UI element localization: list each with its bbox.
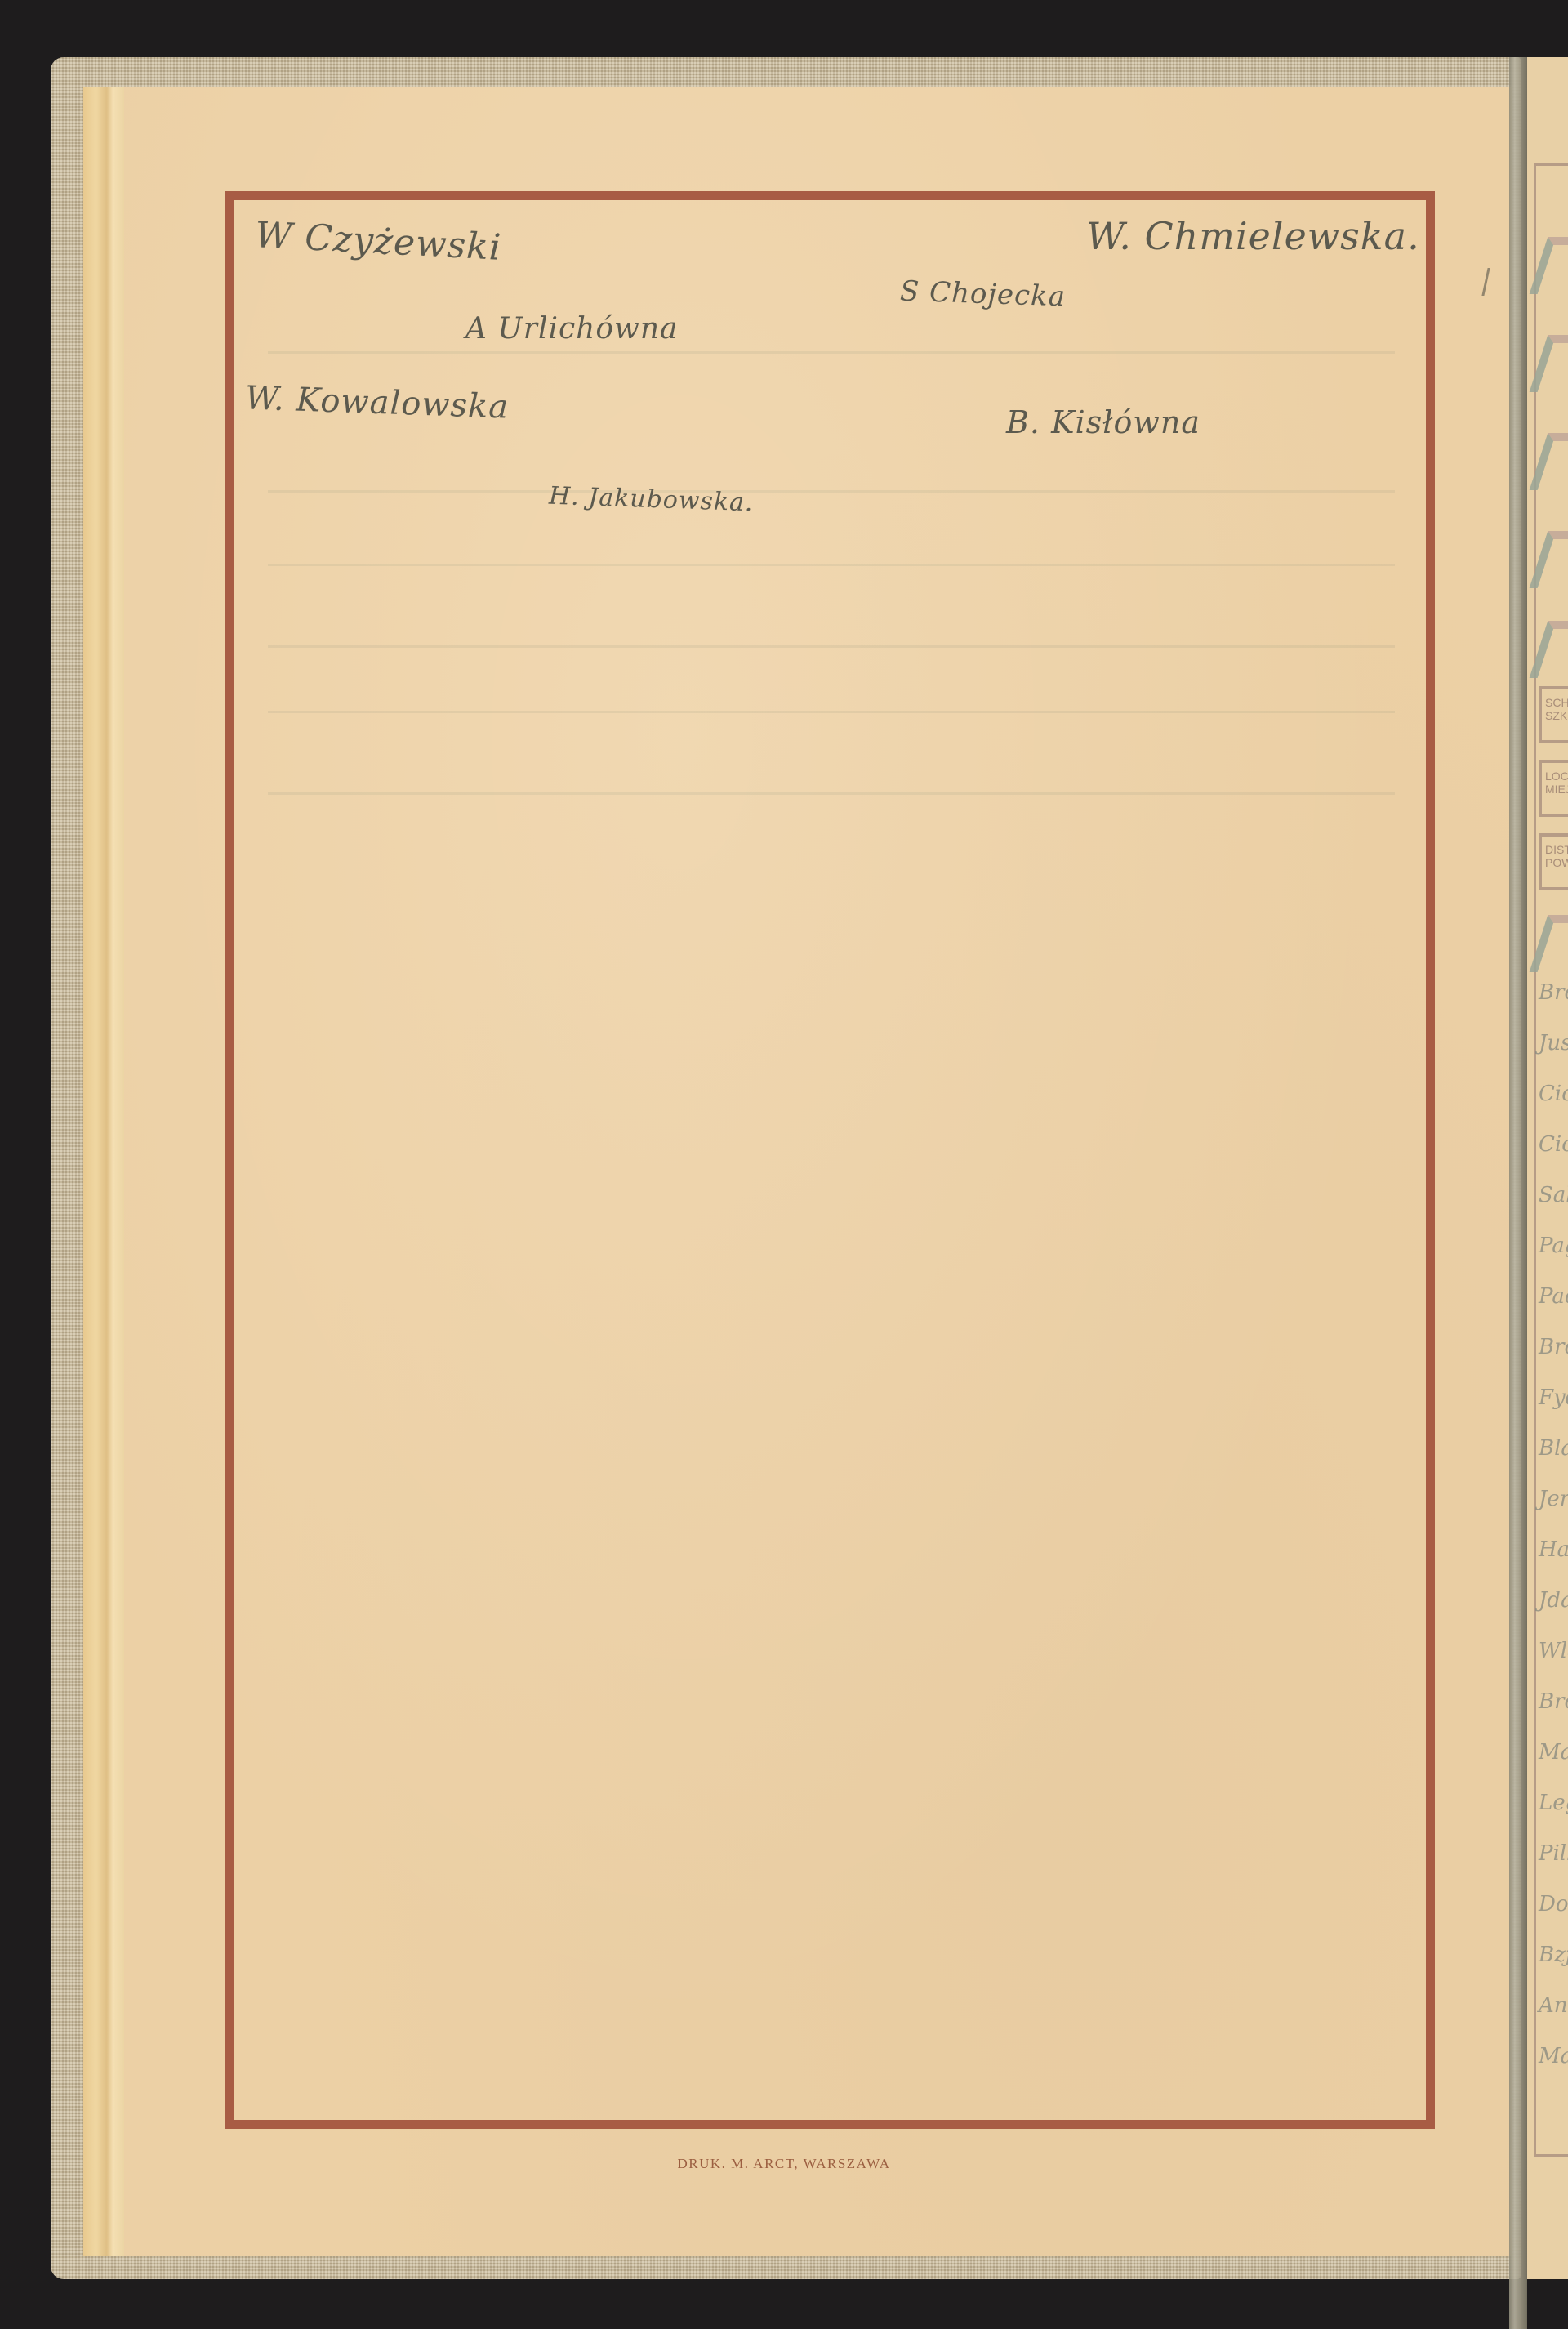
facing-handwritten-name: Cico [1539, 1082, 1568, 1106]
facing-handwritten-name: Bzjen [1539, 1943, 1568, 1967]
facing-box-school: SCHOOL SZKOŁA [1539, 686, 1568, 743]
facing-handwritten-name: Wlad [1539, 1639, 1568, 1663]
facing-box-district: DISTR POWI [1539, 833, 1568, 890]
facing-handwritten-name: Dou [1539, 1892, 1568, 1916]
facing-handwritten-name: Bro [1539, 980, 1568, 1005]
facing-handwritten-name: Jerzy [1539, 1487, 1568, 1511]
printer-imprint: DRUK. M. ARCT, WARSZAWA [0, 2156, 1568, 2172]
facing-handwritten-name: Pach [1539, 1284, 1568, 1309]
binding-gutter [1509, 57, 1527, 2329]
facing-handwritten-name: Just [1539, 1031, 1568, 1055]
facing-page-strip: SCHOOL SZKOŁA LOCAL MIEJSC DISTR POWI Br… [1527, 57, 1568, 2279]
book-scan-scene: W Czyżewski A Urlichówna W. Kowalowska H… [0, 0, 1568, 2329]
facing-handwritten-name: Blan [1539, 1436, 1568, 1461]
facing-handwritten-name: Pilk [1539, 1841, 1568, 1866]
facing-handwritten-name: Antoni [1539, 1993, 1568, 2018]
facing-handwritten-name: Hap [1539, 1537, 1568, 1562]
facing-handwritten-name: Pagi [1539, 1234, 1568, 1258]
facing-handwritten-name: Sala [1539, 1183, 1568, 1207]
imprint-area: DRUK. M. ARCT, WARSZAWA [0, 0, 1568, 2329]
facing-handwritten-name: Man [1539, 1740, 1568, 1765]
facing-handwritten-name: Cico [1539, 1132, 1568, 1157]
facing-handwritten-name: Mac [1539, 2044, 1568, 2068]
facing-handwritten-name: Lego [1539, 1791, 1568, 1815]
facing-handwritten-name: Bron [1539, 1689, 1568, 1714]
facing-handwritten-name: Fyd [1539, 1385, 1568, 1410]
facing-handwritten-name: Jdan [1539, 1588, 1568, 1613]
facing-handwritten-name: Bron [1539, 1335, 1568, 1359]
facing-box-local: LOCAL MIEJSC [1539, 760, 1568, 817]
